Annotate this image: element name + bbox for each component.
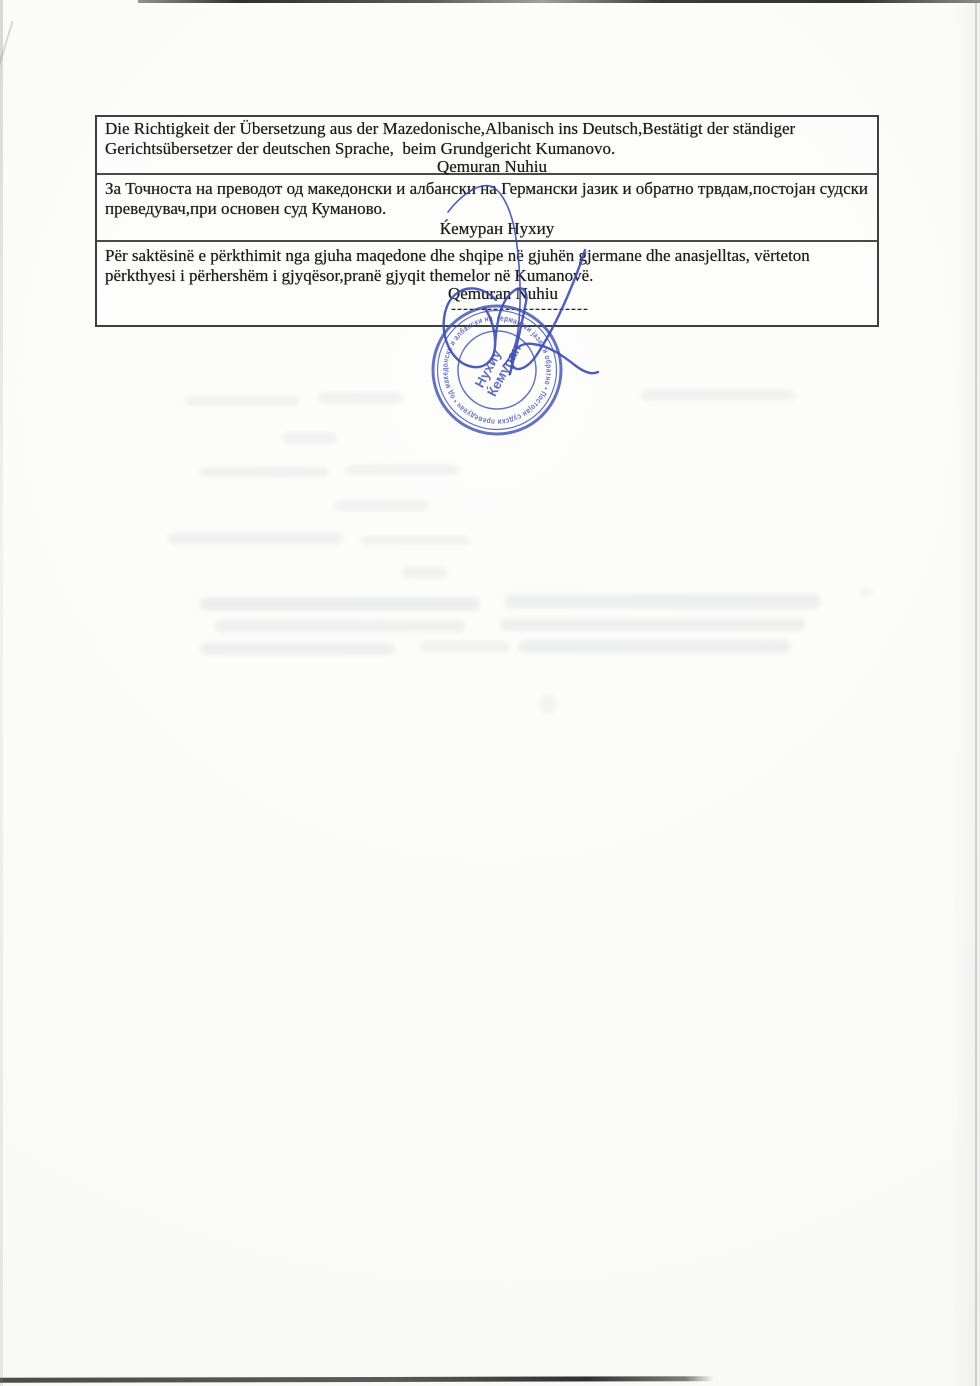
scan-artifact-left-edge	[0, 0, 3, 1386]
certification-german-text: Die Richtigkeit der Übersetzung aus der …	[105, 119, 869, 158]
bleed-through-text	[200, 467, 330, 477]
bleed-through-text	[402, 566, 447, 579]
scan-artifact-bottom-edge	[0, 1376, 714, 1382]
bleed-through-text	[505, 594, 820, 609]
certification-row-german: Die Richtigkeit der Übersetzung aus der …	[97, 117, 877, 175]
bleed-through-text	[200, 643, 395, 655]
bleed-through-text	[185, 396, 300, 406]
bleed-through-text	[334, 500, 429, 511]
bleed-through-text	[215, 620, 465, 632]
scan-artifact-top-edge	[138, 0, 980, 3]
bleed-through-text	[640, 389, 795, 401]
bleed-through-text	[500, 618, 805, 631]
bleed-through-text	[420, 641, 510, 652]
bleed-through-text	[518, 640, 790, 653]
bleed-through-text	[318, 392, 403, 404]
scanned-document-page: Die Richtigkeit der Übersetzung aus der …	[0, 0, 980, 1386]
bleed-through-text	[540, 694, 556, 714]
stamp-and-signature-overlay: германски јазик и обратно • Постојан суд…	[400, 170, 620, 450]
bleed-through-text	[860, 588, 872, 597]
bleed-through-text	[282, 432, 337, 444]
bleed-through-text	[360, 536, 470, 545]
bleed-through-text	[168, 533, 343, 544]
scan-artifact-right-fold-line	[975, 0, 977, 1386]
bleed-through-text	[200, 597, 480, 611]
bleed-through-text	[345, 465, 460, 475]
